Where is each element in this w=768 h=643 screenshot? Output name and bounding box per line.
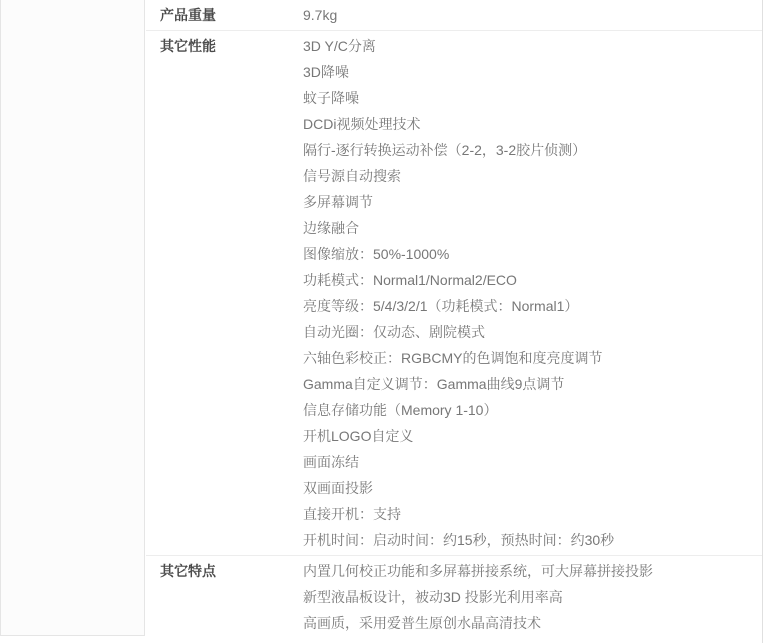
spec-value-line: 信号源自动搜索 bbox=[303, 163, 762, 189]
spec-value-line: 图像缩放：50%-1000% bbox=[303, 241, 762, 267]
spec-value-line: 隔行-逐行转换运动补偿（2-2，3-2胶片侦测） bbox=[303, 137, 762, 163]
spec-row: 其它性能3D Y/C分离3D降噪蚊子降噪DCDi视频处理技术隔行-逐行转换运动补… bbox=[146, 31, 762, 556]
spec-value-line: 画面冻结 bbox=[303, 449, 762, 475]
spec-value-list: 9.7kg bbox=[303, 2, 762, 28]
spec-value-line: 功耗模式：Normal1/Normal2/ECO bbox=[303, 267, 762, 293]
spec-label: 其它特点 bbox=[146, 558, 303, 584]
spec-value-line: 自动光圈：仅动态、剧院模式 bbox=[303, 319, 762, 345]
spec-value-line: 六轴色彩校正：RGBCMY的色调饱和度亮度调节 bbox=[303, 345, 762, 371]
spec-value-line: 多屏幕调节 bbox=[303, 189, 762, 215]
spec-row: 产品重量9.7kg bbox=[146, 0, 762, 31]
spec-value-line: 高画质，采用爱普生原创水晶高清技术 bbox=[303, 610, 762, 636]
spec-value-line: 开机时间：启动时间：约15秒，预热时间：约30秒 bbox=[303, 527, 762, 553]
spec-value-line: 信息存储功能（Memory 1-10） bbox=[303, 397, 762, 423]
spec-value-line: 开机LOGO自定义 bbox=[303, 423, 762, 449]
spec-row: 其它特点内置几何校正功能和多屏幕拼接系统，可大屏幕拼接投影新型液晶板设计，被动3… bbox=[146, 556, 762, 638]
spec-label: 产品重量 bbox=[146, 2, 303, 28]
spec-value-line: 直接开机：支持 bbox=[303, 501, 762, 527]
spec-value-line: 3D Y/C分离 bbox=[303, 33, 762, 59]
spec-value-line: 9.7kg bbox=[303, 2, 762, 28]
spec-value-list: 内置几何校正功能和多屏幕拼接系统，可大屏幕拼接投影新型液晶板设计，被动3D 投影… bbox=[303, 558, 762, 636]
left-sidebar-panel bbox=[0, 0, 145, 636]
spec-value-line: 双画面投影 bbox=[303, 475, 762, 501]
spec-label: 其它性能 bbox=[146, 33, 303, 59]
product-spec-table: 产品重量9.7kg其它性能3D Y/C分离3D降噪蚊子降噪DCDi视频处理技术隔… bbox=[146, 0, 762, 638]
spec-value-line: Gamma自定义调节：Gamma曲线9点调节 bbox=[303, 371, 762, 397]
spec-value-line: 3D降噪 bbox=[303, 59, 762, 85]
spec-value-line: 新型液晶板设计，被动3D 投影光利用率高 bbox=[303, 584, 762, 610]
spec-value-line: DCDi视频处理技术 bbox=[303, 111, 762, 137]
spec-value-line: 边缘融合 bbox=[303, 215, 762, 241]
spec-value-line: 内置几何校正功能和多屏幕拼接系统，可大屏幕拼接投影 bbox=[303, 558, 762, 584]
spec-value-list: 3D Y/C分离3D降噪蚊子降噪DCDi视频处理技术隔行-逐行转换运动补偿（2-… bbox=[303, 33, 762, 553]
page-right-border bbox=[762, 0, 763, 643]
spec-value-line: 蚊子降噪 bbox=[303, 85, 762, 111]
spec-value-line: 亮度等级：5/4/3/2/1（功耗模式：Normal1） bbox=[303, 293, 762, 319]
